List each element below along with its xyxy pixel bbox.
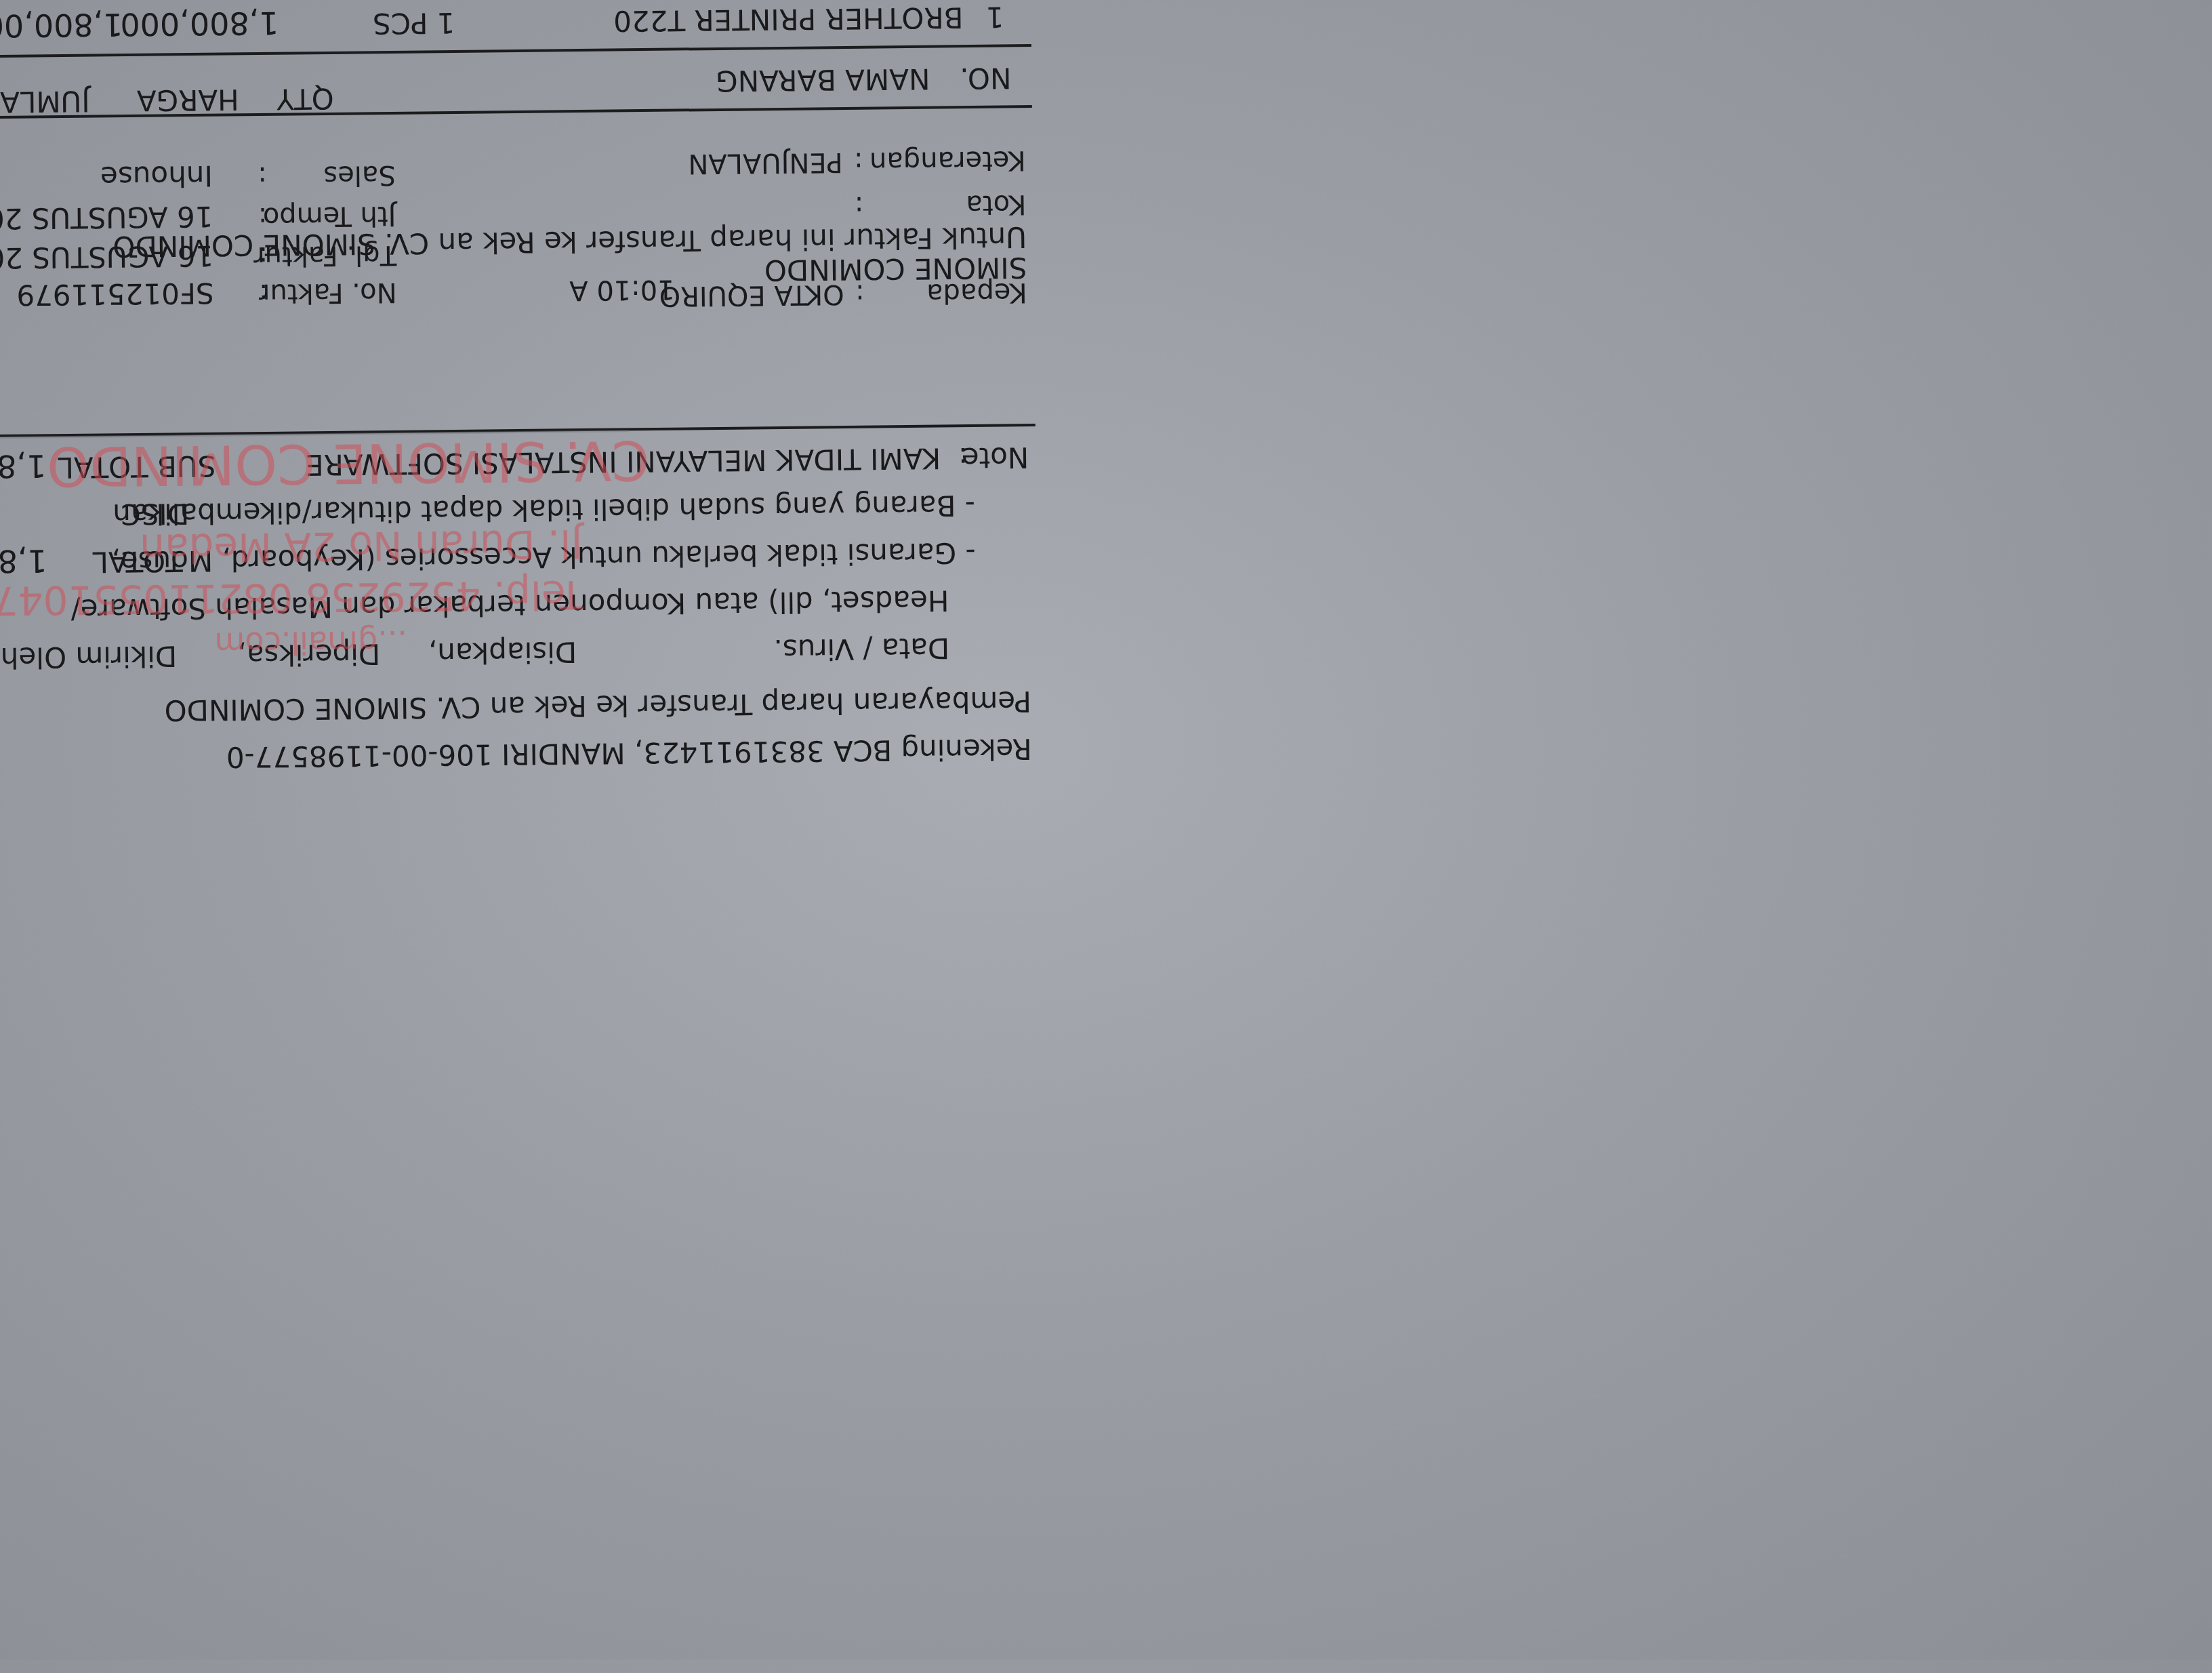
- note-label: Note: [962, 441, 1029, 475]
- kepada-value: OKTA EQUIRO: [659, 279, 844, 312]
- colon: :: [258, 201, 268, 233]
- payment-line-2: Rekening BCA 3831911423, MANDIRI 106-00-…: [226, 732, 1032, 773]
- note-line-5: Data / Virus.: [773, 631, 949, 666]
- table-header: NO. NAMA BARANG QTY HARGA JUMLAH: [9, 1648, 2212, 1659]
- table-header-rule: [0, 44, 1031, 58]
- colon: :: [855, 279, 865, 310]
- signature-dikirim-oleh: Dikirim Oleh,: [0, 639, 177, 674]
- no-faktur-value: SF012511979: [16, 277, 214, 312]
- stamp-address: Jl. Duran No 2A Medan: [140, 521, 583, 571]
- stamp-phone: Telp. 4529258 082110551047: [0, 571, 583, 624]
- header-harga: HARGA: [137, 83, 239, 117]
- colon: :: [855, 190, 864, 222]
- kota-label: Kota: [966, 188, 1026, 220]
- tgl-faktur-value: 16 AGUSTUS 2025: [0, 239, 213, 275]
- colon: :: [259, 278, 268, 309]
- stamp-company-name: CV. SIMONE COMINDO: [47, 428, 650, 498]
- total-value: 1,800,0: [0, 542, 47, 580]
- header-nama-barang: NAMA BARANG: [716, 62, 930, 98]
- row-no: 1: [985, 1, 1004, 34]
- header-qty: QTY: [276, 82, 334, 116]
- colon: :: [854, 146, 863, 178]
- header-no: NO.: [960, 61, 1012, 95]
- jth-tempo-value: 16 AGUSTUS 2025: [0, 200, 213, 236]
- signature-disiapkan: Disiapkan,: [428, 635, 577, 670]
- row-jumlah: 1,800,00: [0, 6, 123, 44]
- sub-total-value: 1,800,0: [0, 447, 47, 485]
- kepada-label: Kepada: [926, 277, 1027, 309]
- colon: :: [958, 441, 968, 475]
- sales-value: Inhouse: [100, 159, 213, 194]
- colon: :: [258, 161, 267, 192]
- sales-label: Sales: [323, 159, 396, 191]
- tgl-faktur-label: Tgl. Faktur: [253, 239, 396, 272]
- payment-line-1: Pembayaran harap Transfer ke Rek an CV. …: [164, 685, 1031, 727]
- colon: :: [258, 241, 268, 272]
- table-row: 1 BROTHER PRINTER T220 1 PCS 1,800,000 1…: [9, 1648, 2212, 1659]
- keterangan-value: PENJUALAN: [688, 146, 843, 179]
- row-nama: BROTHER PRINTER T220: [613, 1, 964, 37]
- jth-tempo-label: Jth Tempo: [263, 200, 396, 233]
- keterangan-label: Keterangan: [869, 144, 1026, 177]
- header-jumlah: JUMLAH: [0, 85, 90, 119]
- stamp-email: ...gmail.com: [214, 624, 407, 662]
- row-qty: 1 PCS: [373, 6, 455, 40]
- row-harga: 1,800,000: [120, 5, 279, 43]
- no-faktur-label: No. Faktur: [259, 277, 397, 309]
- invoice-sheet: SIMONE COMINDO Untuk Faktur ini harap Tr…: [0, 0, 2212, 1659]
